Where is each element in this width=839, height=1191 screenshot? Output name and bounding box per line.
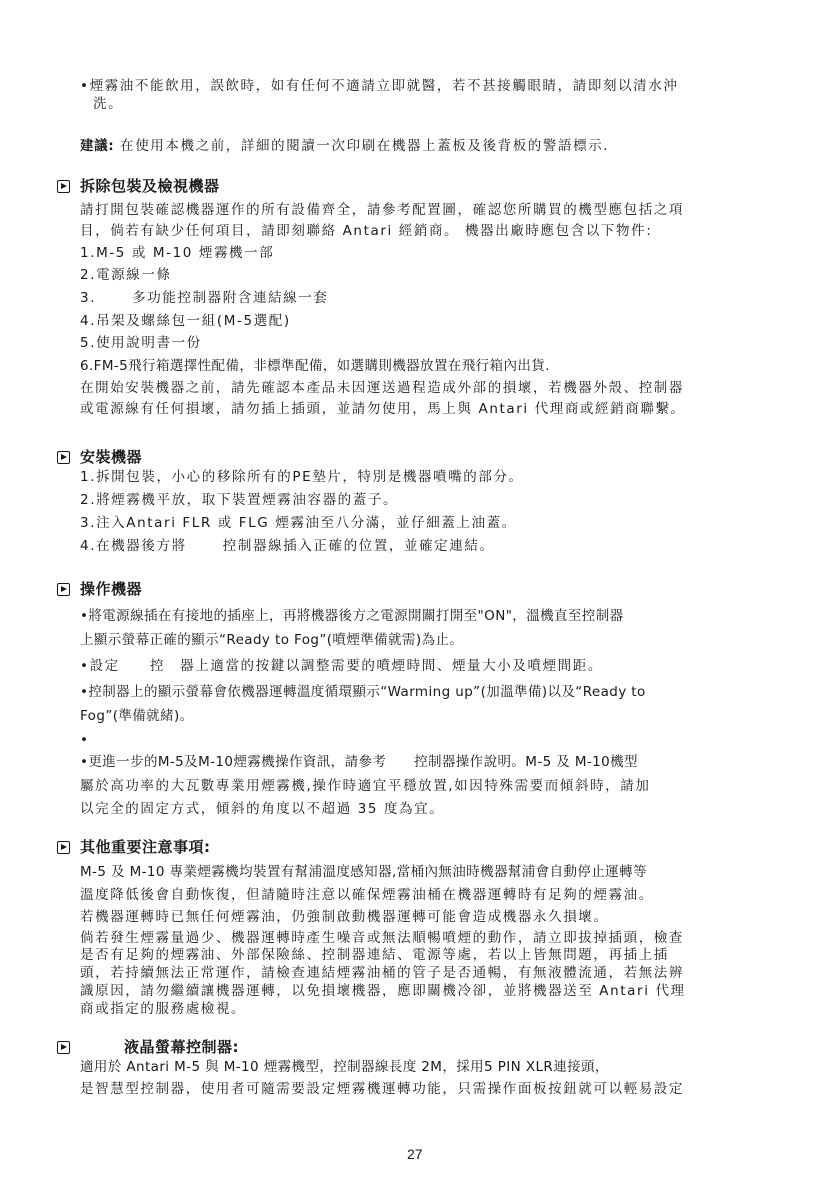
section-title-operate: 操作機器 (80, 580, 142, 598)
operate-line: •控制器上的顯示螢幕會依機器運轉溫度循環顯示“Warming up”(加溫準備)… (80, 683, 646, 701)
install-step: 4.在機器後方將 控制器線插入正確的位置，並確定連結。 (80, 537, 495, 555)
advice-text: 在使用本機之前，詳細的閱讀一次印刷在機器上蓋板及後背板的警語標示. (114, 138, 609, 154)
operate-line: •將電源線插在有接地的插座上，再將機器後方之電源開關打開至"ON"，溫機直至控制… (80, 607, 624, 625)
install-step: 3.注入Antari FLR 或 FLG 煙霧油至八分滿，並仔細蓋上油蓋。 (80, 514, 517, 532)
unpack-line: 請打開包裝確認機器運作的所有設備齊全，請參考配置圖，確認您所購買的機型應包括之項 (80, 201, 684, 219)
unpack-item: 2.電源線一條 (80, 266, 172, 284)
unpack-item: 1.M-5 或 M-10 煙霧機一部 (80, 244, 274, 262)
warning-line-1: •煙霧油不能飲用，誤飲時，如有任何不適請立即就醫，若不甚接觸眼睛，請即刻以清水沖 (80, 77, 678, 95)
section-title-unpack: 拆除包裝及檢視機器 (80, 177, 220, 195)
install-step: 2.將煙霧機平放，取下裝置煙霧油容器的蓋子。 (80, 491, 398, 509)
play-icon (57, 451, 70, 464)
unpack-item: 5.使用說明書一份 (80, 334, 202, 352)
section-title-install: 安裝機器 (80, 448, 142, 466)
operate-line: •更進一步的M-5及M-10煙霧機操作資訊，請參考 控制器操作說明。M-5 及 … (80, 753, 638, 771)
play-icon (57, 1041, 70, 1054)
unpack-item: 6.FM-5飛行箱選擇性配備，非標準配備，如選購則機器放置在飛行箱內出貨. (80, 357, 550, 375)
notes-line: 溫度降低後會自動恢復，但請隨時注意以確保煙霧油桶在機器運轉時有足夠的煙霧油。 (80, 886, 654, 904)
notes-line: 若機器運轉時已無任何煙霧油，仍強制啟動機器運轉可能會造成機器永久損壞。 (80, 908, 609, 926)
notes-line: 頭，若持續無法正常運作，請檢查連結煙霧油桶的管子是否通暢，有無液體流通，若無法辨 (80, 964, 684, 982)
operate-line: 屬於高功率的大瓦數專業用煙霧機,操作時適宜平穩放置,如因特殊需要而傾斜時，請加 (80, 777, 650, 795)
operate-line: 以完全的固定方式，傾斜的角度以不超過 35 度為宜。 (80, 800, 444, 818)
notes-line: 是否有足夠的煙霧油、外部保險絲、控制器連結、電源等處，若以上皆無問題，再插上插 (80, 946, 669, 964)
warning-line-2: 洗。 (93, 95, 123, 113)
operate-line: • (80, 731, 90, 749)
unpack-line: 在開始安裝機器之前，請先確認本產品未因運送過程造成外部的損壞，若機器外殼、控制器 (80, 379, 684, 397)
unpack-line: 或電源線有任何損壞，請勿插上插頭，並請勿使用，馬上與 Antari 代理商或經銷… (80, 400, 686, 418)
section-title-notes: 其他重要注意事項: (80, 838, 211, 856)
operate-line: •設定 控 器上適當的按鍵以調整需要的噴煙時間、煙量大小及噴煙間距。 (80, 657, 603, 675)
notes-line: 商或指定的服務處檢視。 (80, 1000, 246, 1018)
operate-line: Fog”(準備就緒)。 (80, 707, 194, 725)
unpack-line: 目，倘若有缺少任何項目，請即刻聯絡 Antari 經銷商。 機器出廠時應包含以下… (80, 222, 652, 240)
install-step: 1.拆開包裝，小心的移除所有的PE墊片，特別是機器噴嘴的部分。 (80, 468, 524, 486)
page-number: 27 (407, 1146, 423, 1162)
lcd-line: 適用於 Antari M-5 與 M-10 煙霧機型，控制器線長度 2M，採用5… (80, 1058, 609, 1076)
play-icon (57, 180, 70, 193)
lcd-line: 是智慧型控制器，使用者可隨需要設定煙霧機運轉功能，只需操作面板按鈕就可以輕易設定 (80, 1080, 684, 1098)
play-icon (57, 841, 70, 854)
unpack-item: 4.吊架及螺絲包一組(M-5選配) (80, 312, 291, 330)
advice-label: 建議: (80, 138, 114, 154)
play-icon (57, 583, 70, 596)
notes-line: 倘若發生煙霧量過少、機器運轉時產生噪音或無法順暢噴煙的動作，請立即拔掉插頭，檢查 (80, 929, 684, 947)
operate-line: 上顯示螢幕正確的顯示“Ready to Fog”(噴煙準備就需)為止。 (80, 631, 463, 649)
unpack-item: 3. 多功能控制器附含連結線一套 (80, 289, 328, 307)
section-title-lcd: 液晶螢幕控制器: (124, 1038, 239, 1056)
notes-line: 識原因，請勿繼續讓機器運轉，以免損壞機器，應即關機冷卻，並將機器送至 Antar… (80, 982, 686, 1000)
notes-line: M-5 及 M-10 專業煙霧機均裝置有幫浦溫度感知器,當桶內無油時機器幫浦會自… (80, 863, 647, 881)
advice-paragraph: 建議: 在使用本機之前，詳細的閱讀一次印刷在機器上蓋板及後背板的警語標示. (80, 137, 609, 155)
